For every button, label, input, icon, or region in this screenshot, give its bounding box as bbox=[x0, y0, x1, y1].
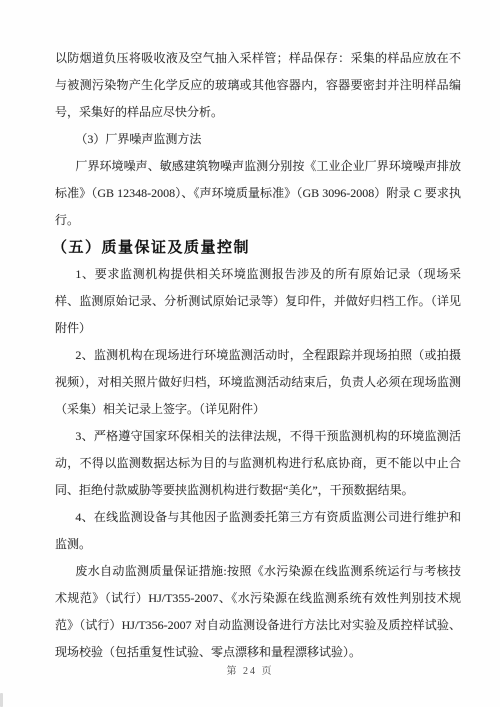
page-content: 以防烟道负压将吸收液及空气抽入采样管；样品保存：采集的样品应放在不与被测污染物产… bbox=[55, 45, 461, 666]
paragraph-item-2-site-tracking: 2、监测机构在现场进行环境监测活动时，全程跟踪并现场拍照（或拍摄视频），对相关照… bbox=[55, 342, 461, 423]
subsection-title-noise-monitoring-method: （3）厂界噪声监测方法 bbox=[55, 126, 461, 153]
paragraph-item-3-laws-compliance: 3、严格遵守国家环保相关的法律法规，不得干预监测机构的环境监测活动，不得以监测数… bbox=[55, 423, 461, 504]
document-page: 以防烟道负压将吸收液及空气抽入采样管；样品保存：采集的样品应放在不与被测污染物产… bbox=[0, 0, 500, 707]
paragraph-item-1-original-records: 1、要求监测机构提供相关环境监测报告涉及的所有原始记录（现场采样、监测原始记录、… bbox=[55, 261, 461, 342]
paragraph-sampling-continuation: 以防烟道负压将吸收液及空气抽入采样管；样品保存：采集的样品应放在不与被测污染物产… bbox=[55, 45, 461, 126]
section-heading-quality-assurance: （五）质量保证及质量控制 bbox=[55, 234, 461, 261]
paragraph-item-4-third-party: 4、在线监测设备与其他因子监测委托第三方有资质监测公司进行维护和监测。 bbox=[55, 504, 461, 558]
paragraph-wastewater-auto-monitoring: 废水自动监测质量保证措施:按照《水污染源在线监测系统运行与考核技术规范》（试行）… bbox=[55, 558, 461, 666]
scan-edge-artifact bbox=[0, 693, 3, 707]
page-number: 第 24 页 bbox=[0, 662, 500, 677]
paragraph-noise-standards: 厂界环境噪声、敏感建筑物噪声监测分别按《工业企业厂界环境噪声排放标准》（GB 1… bbox=[55, 153, 461, 234]
